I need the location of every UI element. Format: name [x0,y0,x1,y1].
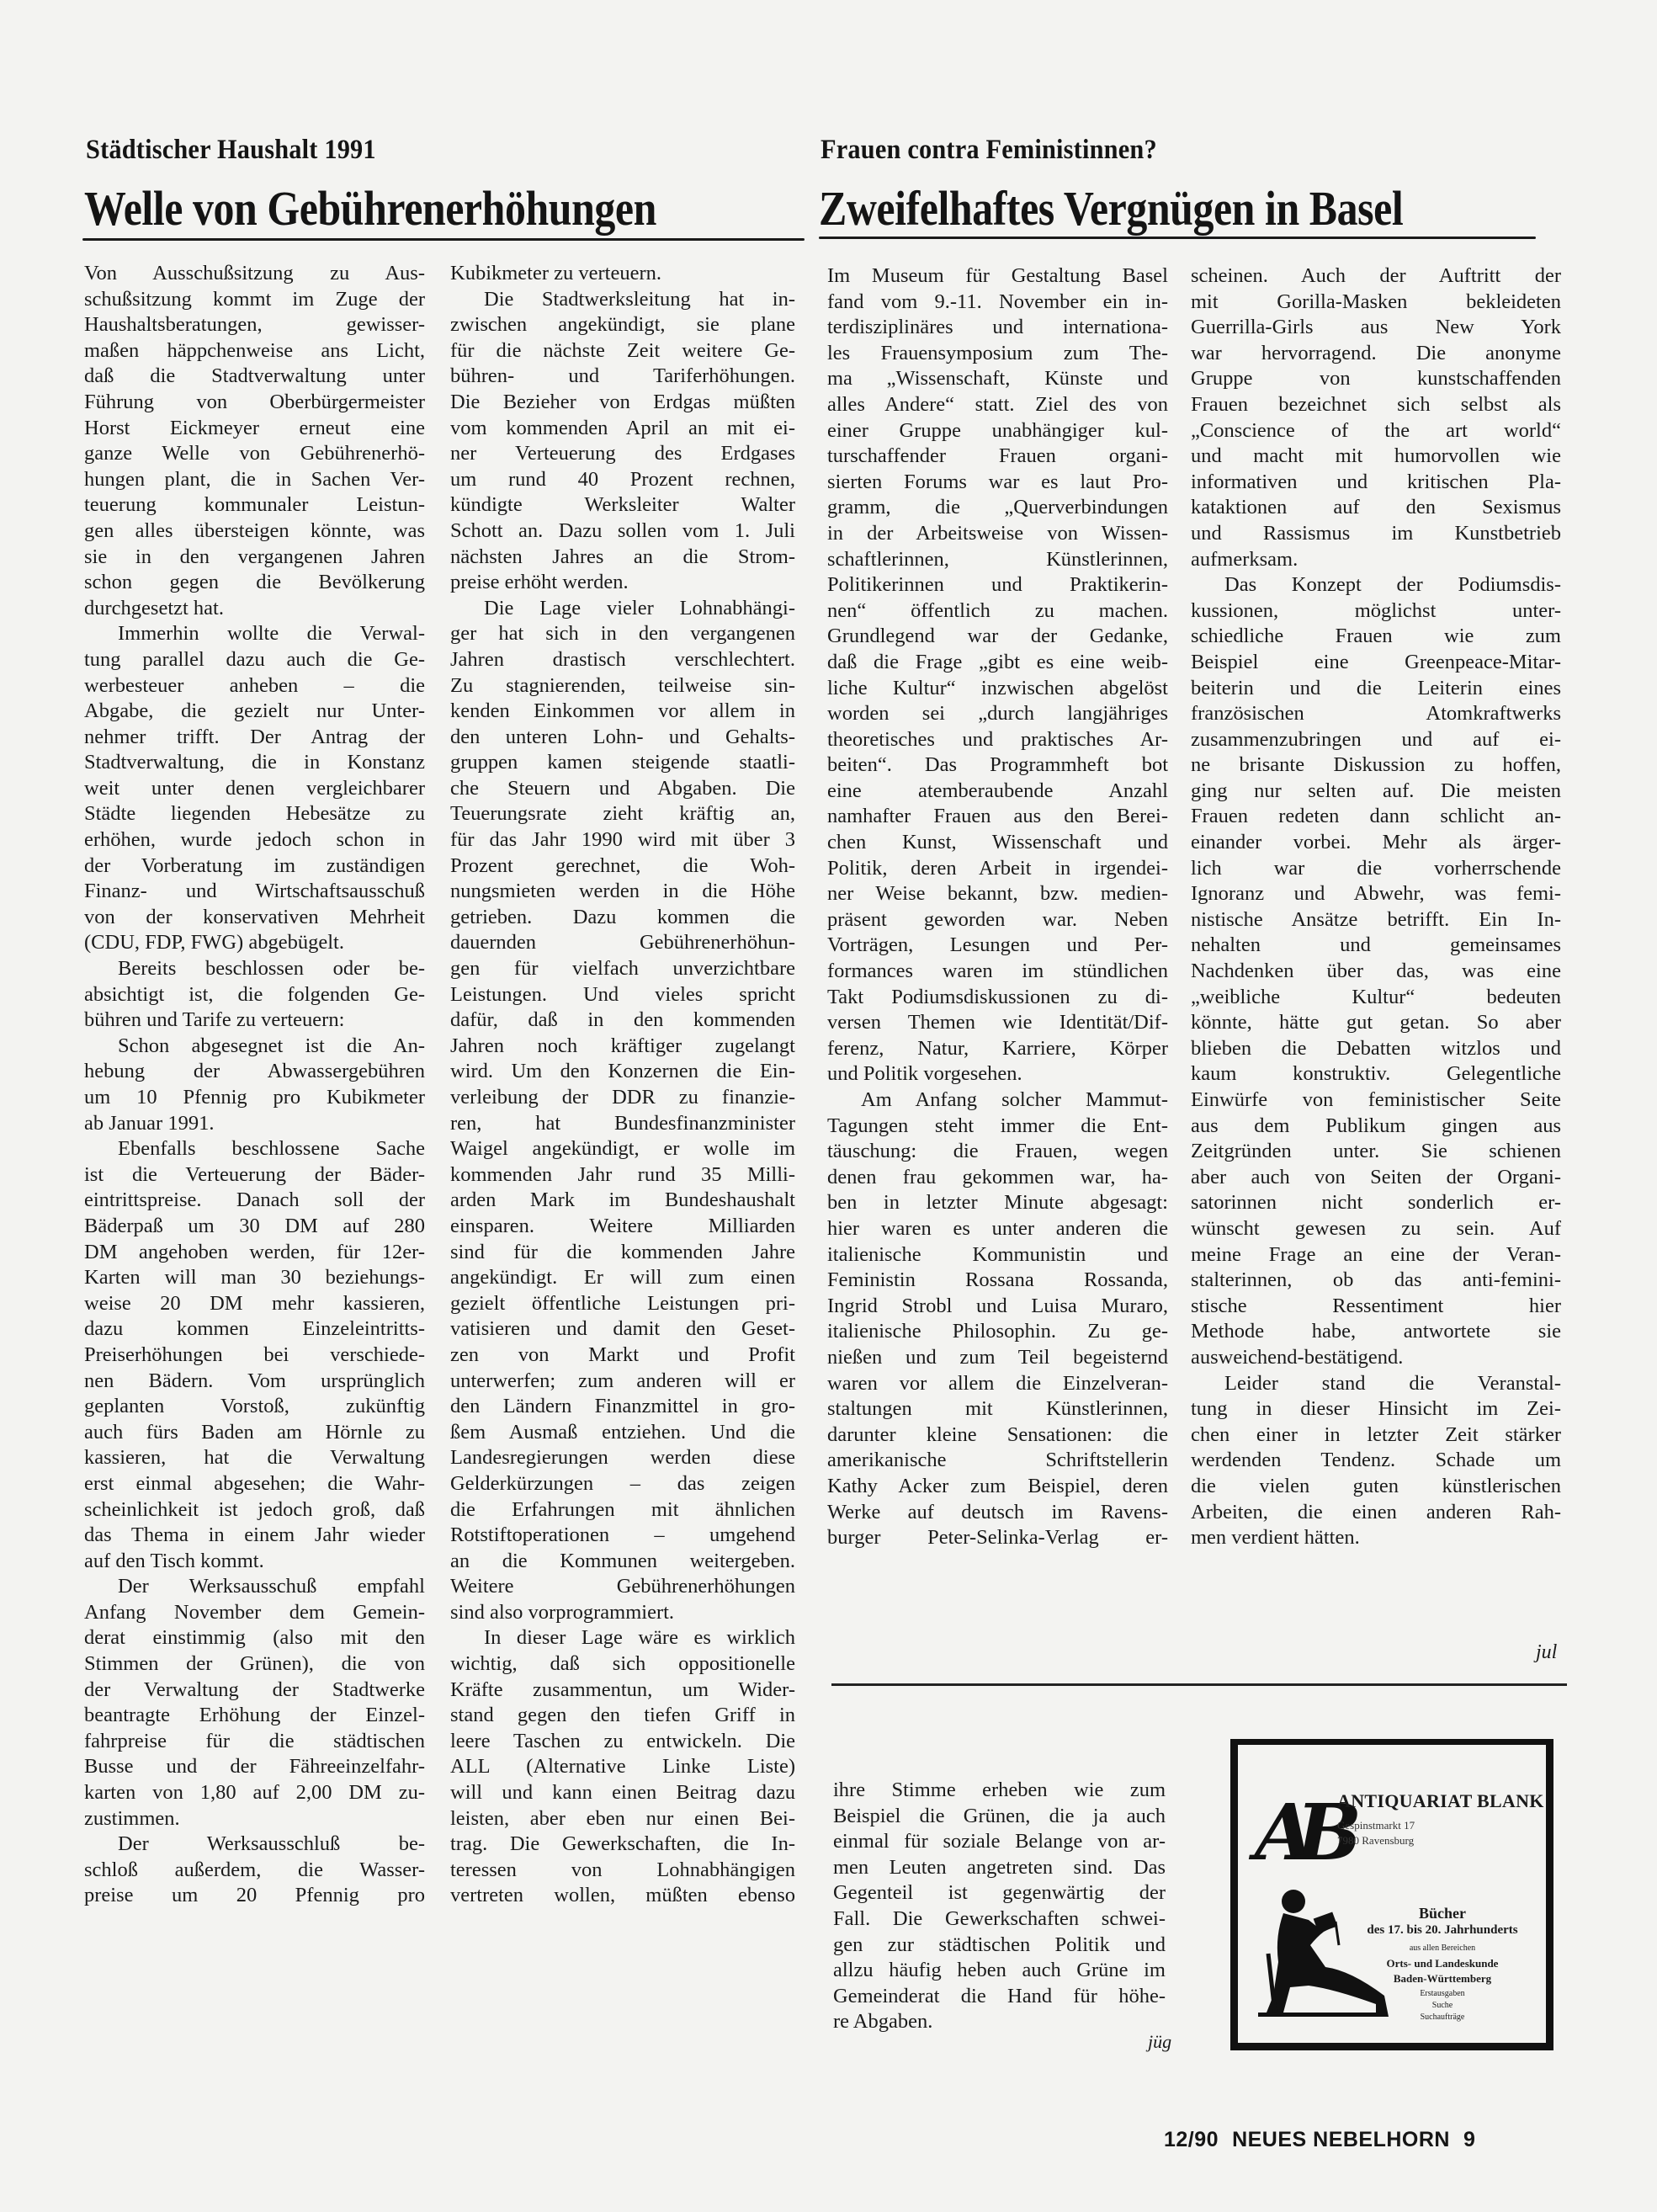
text-line: men Leuten angetreten sind. Das [833,1855,1166,1881]
text-line: bühren und Tarife zu verteuern: [84,1008,425,1034]
text-line: Die Stadtwerksleitung hat in- [450,287,795,313]
text-line: ma „Wissenschaft, Künste und [827,366,1168,392]
text-line: staltungen mit Künstlerinnen, [827,1396,1168,1422]
text-line: einsparen. Weitere Milliarden [450,1214,795,1240]
text-line: auf den Tisch kommt. [84,1549,425,1575]
text-line: weit unter denen vergleichbarer [84,776,425,802]
text-line: vom kommenden April an mit ei- [450,416,795,442]
text-line: vertreten wollen, müßten ebenso [450,1883,795,1909]
text-line: trag. Die Gewerkschaften, die In- [450,1832,795,1858]
text-line: und macht mit humorvollen wie [1191,444,1561,470]
text-line: „Conscience of the art world“ [1191,418,1561,444]
text-line: schiedliche Frauen wie zum [1191,624,1561,650]
left-article-column-1: Von Ausschußsitzung zu Aus-schußsitzung … [84,261,425,1909]
text-line: eine atemberaubende Anzahl [827,779,1168,805]
text-line: erst einmal abgesehen; die Wahr- [84,1471,425,1497]
ad-line-buecher: Bücher [1337,1905,1548,1922]
text-line: schußsitzung kommt im Zuge der [84,287,425,313]
text-line: könnte, hätte gut getan. So aber [1191,1010,1561,1036]
text-line: sind also vorprogrammiert. [450,1600,795,1626]
text-line: beiten“. Das Programmheft bot [827,752,1168,779]
text-line: les Frauensymposium zum The- [827,341,1168,367]
right-article-headline: Zweifelhaftes Vergnügen in Basel [819,180,1403,237]
text-line: ihre Stimme erheben wie zum [833,1778,1166,1804]
section-divider [831,1683,1567,1686]
text-line: gen zur städtischen Politik und [833,1933,1166,1959]
text-line: Landesregierungen werden diese [450,1445,795,1471]
text-line: Die Lage vieler Lohnabhängi- [450,596,795,622]
text-line: kataktionen auf den Sexismus [1191,495,1561,521]
text-line: eintrittspreise. Danach soll der [84,1188,425,1214]
text-line: will und kann einen Beitrag dazu [450,1780,795,1806]
text-line: beiterin und die Leiterin eines [1191,676,1561,702]
text-line: daß die Stadtverwaltung unter [84,364,425,390]
text-line: aus dem Publikum gingen aus [1191,1114,1561,1140]
left-article-signature: jüg [1148,2031,1171,2053]
text-line: lich war die vorherrschende [1191,856,1561,882]
text-line: wünscht gewesen zu sein. Auf [1191,1216,1561,1242]
text-line: nehmer trifft. Der Antrag der [84,725,425,751]
right-article-kicker: Frauen contra Feministinnen? [821,135,1157,166]
left-article-headline: Welle von Gebührenerhöhungen [84,180,656,237]
text-line: Karten will man 30 beziehungs- [84,1265,425,1291]
right-article-column-1: Im Museum für Gestaltung Baselfand vom 9… [827,263,1168,1551]
text-line: an die Kommunen weitergeben. [450,1549,795,1575]
text-line: waren vor allem die Einzelveran- [827,1371,1168,1397]
text-line: Gegenteil ist gegenwärtig der [833,1880,1166,1906]
text-line: stalterinnen, ob das anti-femini- [1191,1268,1561,1294]
text-line: Zu stagnierenden, teilweise sin- [450,673,795,699]
text-line: unterwerfen; zum anderen will er [450,1369,795,1395]
text-line: Zeitgründen unter. Sie schienen [1191,1139,1561,1165]
text-line: und Rassismus im Kunstbetrieb [1191,521,1561,547]
text-line: Kubikmeter zu verteuern. [450,261,795,287]
text-line: Bäderpaß um 30 DM auf 280 [84,1214,425,1240]
text-line: theoretisches und praktisches Ar- [827,727,1168,753]
text-line: geplanten Vorstoß, zukünftig [84,1394,425,1420]
text-line: auch fürs Baden am Hörnle zu [84,1420,425,1446]
footer-page-number: 9 [1463,2128,1475,2151]
text-line: Anfang November dem Gemein- [84,1600,425,1626]
ad-line-landeskunde: Orts- und Landeskunde [1337,1957,1548,1970]
text-line: den unteren Lohn- und Gehalts- [450,725,795,751]
text-line: angekündigt. Er will zum einen [450,1265,795,1291]
text-line: Methode habe, antwortete sie [1191,1319,1561,1345]
text-line: hier waren es unter anderen die [827,1216,1168,1242]
text-line: chen einer in letzter Zeit stärker [1191,1422,1561,1449]
text-line: Guerrilla-Girls aus New York [1191,315,1561,341]
text-line: Waigel angekündigt, er wolle im [450,1136,795,1162]
text-line: Immerhin wollte die Verwal- [84,621,425,647]
text-line: scheinen. Auch der Auftritt der [1191,263,1561,290]
text-line: Fall. Die Gewerkschaften schwei- [833,1906,1166,1933]
ad-line-erstausgaben: Erstausgaben [1337,1989,1548,1998]
text-line: Stimmen der Grünen), die von [84,1651,425,1678]
text-line: Grundlegend war der Gedanke, [827,624,1168,650]
text-line: dauernden Gebührenerhöhun- [450,930,795,956]
text-line: ferenz, Natur, Karriere, Körper [827,1036,1168,1062]
text-line: zwischen angekündigt, sie plane [450,312,795,338]
text-line: Feministin Rossana Rossanda, [827,1268,1168,1294]
footer-publication: NEUES NEBELHORN [1232,2128,1450,2151]
text-line: zusammenzubringen und auf ei- [1191,727,1561,753]
text-line: nungsmieten werden in die Höhe [450,879,795,905]
text-line: Am Anfang solcher Mammut- [827,1087,1168,1114]
text-line: preise um 20 Pfennig pro [84,1883,425,1909]
text-line: die vielen guten künstlerischen [1191,1474,1561,1500]
text-line: Vorträgen, Lesungen und Per- [827,933,1168,959]
text-line: darunter kleine Sensationen: die [827,1422,1168,1449]
text-line: ßem Ausmaß entziehen. Und die [450,1420,795,1446]
text-line: satorinnen nicht sonderlich er- [1191,1190,1561,1216]
text-line: teressen von Lohnabhängigen [450,1858,795,1884]
text-line: um rund 40 Prozent rechnen, [450,467,795,493]
text-line: kaum konstruktiv. Gelegentliche [1191,1061,1561,1087]
text-line: wird. Um den Konzernen die Ein- [450,1059,795,1085]
page-footer: 12/90NEUES NEBELHORN9 [1164,2128,1475,2152]
text-line: Leistungen. Und vieles spricht [450,982,795,1008]
text-line: maßen häppchenweise ans Licht, [84,338,425,364]
text-line: kommenden Jahr rund 35 Milli- [450,1162,795,1188]
text-line: beantragte Erhöhung der Einzel- [84,1703,425,1729]
text-line: hungen plant, die in Sachen Ver- [84,467,425,493]
text-line: DM angehoben werden, für 12er- [84,1240,425,1266]
text-line: versen Themen wie Identität/Dif- [827,1010,1168,1036]
text-line: Tagungen steht immer die Ent- [827,1114,1168,1140]
text-line: sierten Forums war es laut Pro- [827,470,1168,496]
text-line: nen Bädern. Vom ursprünglich [84,1369,425,1395]
ad-line-bereiche: aus allen Bereichen [1337,1943,1548,1953]
text-line: von der konservativen Mehrheit [84,905,425,931]
text-line: Gemeinderat die Hand für höhe- [833,1984,1166,2010]
left-headline-rule [82,238,805,241]
text-line: Prozent gerechnet, die Woh- [450,853,795,880]
text-line: scheinlichkeit ist jedoch groß, daß [84,1497,425,1523]
text-line: französischen Atomkraftwerks [1191,701,1561,727]
footer-issue: 12/90 [1164,2128,1219,2151]
text-line: preise erhöht werden. [450,570,795,596]
text-line: werdenden Tendenz. Schade um [1191,1448,1561,1474]
text-line: stand gegen den tiefen Griff in [450,1703,795,1729]
text-line: Abgabe, die gezielt nur Unter- [84,699,425,725]
text-line: kenden Einkommen vor allem in [450,699,795,725]
text-line: Frauen bezeichnet sich selbst als [1191,392,1561,418]
text-line: getrieben. Dazu kommen die [450,905,795,931]
text-line: Nachdenken über das, was eine [1191,959,1561,985]
text-line: italienische Philosophin. Zu ge- [827,1319,1168,1345]
text-line: gen alles übersteigen könnte, was [84,518,425,545]
ad-monogram-logo: AB [1255,1787,1343,1878]
text-line: schloß außerdem, die Wasser- [84,1858,425,1884]
text-line: Schott an. Dazu sollen vom 1. Juli [450,518,795,545]
text-line: ist die Verteuerung der Bäder- [84,1162,425,1188]
text-line: sie in den vergangenen Jahren [84,545,425,571]
text-line: tung in dieser Hinsicht im Zei- [1191,1396,1561,1422]
text-line: Kathy Acker zum Beispiel, deren [827,1474,1168,1500]
text-line: karten von 1,80 auf 2,00 DM zu- [84,1780,425,1806]
text-line: werbesteuer anheben – die [84,673,425,699]
text-line: fahrpreise für die städtischen [84,1729,425,1755]
left-article-column-3: ihre Stimme erheben wie zumBeispiel die … [833,1778,1166,2035]
right-article-column-2: scheinen. Auch der Auftritt dermit Goril… [1191,263,1561,1551]
text-line: war hervorragend. Die anonyme [1191,341,1561,367]
ad-line-baden-wuerttemberg: Baden-Württemberg [1337,1972,1548,1986]
text-line: dafür, daß in den kommenden [450,1008,795,1034]
text-line: denen frau gekommen war, ha- [827,1165,1168,1191]
text-line: nistische Ansätze betrifft. Ein In- [1191,907,1561,933]
text-line: einander vorbei. Mehr als ärger- [1191,830,1561,856]
text-line: hebung der Abwassergebühren [84,1059,425,1085]
text-line: Ignoranz und Abwehr, was femi- [1191,881,1561,907]
text-line: burger Peter-Selinka-Verlag er- [827,1525,1168,1551]
text-line: gen für vielfach unverzichtbare [450,956,795,982]
text-line: Führung von Oberbürgermeister [84,390,425,416]
text-line: ger hat sich in den vergangenen [450,621,795,647]
text-line: ganze Welle von Gebührenerhö- [84,441,425,467]
text-line: alles Andere“ statt. Ziel des von [827,392,1168,418]
text-line: zustimmen. [84,1806,425,1832]
text-line: nehalten und gemeinsames [1191,933,1561,959]
text-line: dazu kommen Einzeleintritts- [84,1316,425,1343]
text-line: Gelderkürzungen – das zeigen [450,1471,795,1497]
text-line: (CDU, FDP, FWG) abgebügelt. [84,930,425,956]
text-line: die Erfahrungen mit ähnlichen [450,1497,795,1523]
text-line: italienische Kommunistin und [827,1242,1168,1268]
text-line: weise 20 DM mehr kassieren, [84,1291,425,1317]
text-line: Der Werksausschuß empfahl [84,1574,425,1600]
text-line: gramm, die „Querverbindungen [827,495,1168,521]
text-line: aufmerksam. [1191,547,1561,573]
text-line: derat einstimmig (also mit den [84,1625,425,1651]
text-line: Schon abgesegnet ist die An- [84,1034,425,1060]
text-line: mit Gorilla-Masken bekleideten [1191,290,1561,316]
text-line: bühren- und Tariferhöhungen. [450,364,795,390]
text-line: Beispiel eine Greenpeace-Mitar- [1191,650,1561,676]
text-line: daß die Frage „gibt es eine weib- [827,650,1168,676]
text-line: einmal für soziale Belange von ar- [833,1829,1166,1855]
text-line: In dieser Lage wäre es wirklich [450,1625,795,1651]
text-line: Der Werksausschluß be- [84,1832,425,1858]
ad-address-city: 7980 Ravensburg [1337,1834,1414,1848]
ad-line-suche: Suche [1337,2001,1548,2010]
text-line: Kräfte zusammentun, um Wider- [450,1678,795,1704]
text-line: aber auch von Seiten der Organi- [1191,1165,1561,1191]
text-line: liche Kultur“ inzwischen abgelöst [827,676,1168,702]
text-line: ben in letzter Minute abgesagt: [827,1190,1168,1216]
text-line: verleibung der DDR zu finanzie- [450,1085,795,1111]
text-line: kassieren, hat die Verwaltung [84,1445,425,1471]
text-line: schon gegen die Bevölkerung [84,570,425,596]
text-line: ab Januar 1991. [84,1111,425,1137]
ad-line-suchauftraege: Suchaufträge [1337,2013,1548,2022]
text-line: Einwürfe von feministischer Seite [1191,1087,1561,1114]
text-line: Städte liegenden Hebesätze zu [84,801,425,827]
text-line: Arbeiten, die einen anderen Rah- [1191,1500,1561,1526]
text-line: re Abgaben. [833,2009,1166,2035]
text-line: leere Taschen zu entwickeln. Die [450,1729,795,1755]
text-line: Ingrid Strobl und Luisa Muraro, [827,1294,1168,1320]
text-line: ging nur selten auf. Die meisten [1191,779,1561,805]
text-line: für die nächste Zeit weitere Ge- [450,338,795,364]
text-line: der Verwaltung der Stadtwerke [84,1678,425,1704]
text-line: turschaffender Frauen organi- [827,444,1168,470]
text-line: sind für die kommenden Jahre [450,1240,795,1266]
text-line: um 10 Pfennig pro Kubikmeter [84,1085,425,1111]
text-line: Bereits beschlossen oder be- [84,956,425,982]
text-line: und Politik vorgesehen. [827,1061,1168,1087]
text-line: ren, hat Bundesfinanzminister [450,1111,795,1137]
text-line: absichtigt ist, die folgenden Ge- [84,982,425,1008]
ad-shop-name: ANTIQUARIAT BLANK [1337,1790,1544,1812]
text-line: nächsten Jahres an die Strom- [450,545,795,571]
text-line: Weitere Gebührenerhöhungen [450,1574,795,1600]
text-line: Haushaltsberatungen, gewisser- [84,312,425,338]
ad-line-jahrhunderts: des 17. bis 20. Jahrhunderts [1337,1923,1548,1938]
text-line: erhöhen, wurde jedoch schon in [84,827,425,853]
text-line: teuerung kommunaler Leistun- [84,492,425,518]
text-line: nießen und zum Teil begeisternd [827,1345,1168,1371]
text-line: arden Mark im Bundeshaushalt [450,1188,795,1214]
text-line: ALL (Alternative Linke Liste) [450,1754,795,1780]
right-article-signature: jul [1536,1641,1557,1664]
text-line: Im Museum für Gestaltung Basel [827,263,1168,290]
text-line: ausweichend-bestätigend. [1191,1345,1561,1371]
text-line: Leider stand die Veranstal- [1191,1371,1561,1397]
text-line: für das Jahr 1990 wird mit über 3 [450,827,795,853]
text-line: kussionen, möglichst unter- [1191,598,1561,625]
text-line: vatisieren und damit den Geset- [450,1316,795,1343]
text-line: wichtig, daß sich oppositionelle [450,1651,795,1678]
text-line: terdisziplinäres und internationa- [827,315,1168,341]
text-line: blieben die Debatten witzlos und [1191,1036,1561,1062]
text-line: meine Frage an eine der Veran- [1191,1242,1561,1268]
text-line: Takt Podiumsdiskussionen zu di- [827,985,1168,1011]
text-line: informativen und kritischen Pla- [1191,470,1561,496]
text-line: durchgesetzt hat. [84,596,425,622]
text-line: Rotstiftoperationen – umgehend [450,1523,795,1549]
text-line: den Ländern Finanzmittel in gro- [450,1394,795,1420]
text-line: einer Gruppe unabhängiger kul- [827,418,1168,444]
left-article-kicker: Städtischer Haushalt 1991 [86,135,376,166]
text-line: ner Weise bekannt, bzw. medien- [827,881,1168,907]
text-line: chen Kunst, Wissenschaft und [827,830,1168,856]
text-line: der Vorberatung im zuständigen [84,853,425,880]
text-line: Busse und der Fähreeinzelfahr- [84,1754,425,1780]
text-line: Die Bezieher von Erdgas müßten [450,390,795,416]
text-line: das Thema in einem Jahr wieder [84,1523,425,1549]
text-line: gruppen kamen steigende staatli- [450,750,795,776]
text-line: Politik, deren Arbeit in irgendei- [827,856,1168,882]
text-line: che Steuern und Abgaben. Die [450,776,795,802]
text-line: Preiserhöhungen bei verschiede- [84,1343,425,1369]
text-line: Finanz- und Wirtschaftsausschuß [84,879,425,905]
text-line: Horst Eickmeyer erneut eine [84,416,425,442]
text-line: leisten, aber eben nur einen Bei- [450,1806,795,1832]
text-line: präsent geworden war. Neben [827,907,1168,933]
text-line: Politikerinnen und Praktikerin- [827,572,1168,598]
text-line: ne brisante Diskussion zu hoffen, [1191,752,1561,779]
text-line: Ebenfalls beschlossene Sache [84,1136,425,1162]
text-line: fand vom 9.-11. November ein in- [827,290,1168,316]
text-line: allzu häufig heben auch Grüne im [833,1958,1166,1984]
text-line: ner Verteuerung des Erdgases [450,441,795,467]
text-line: tung parallel dazu auch die Ge- [84,647,425,673]
text-line: amerikanische Schriftstellerin [827,1448,1168,1474]
text-line: „weibliche Kultur“ bedeuten [1191,985,1561,1011]
text-line: Jahren drastisch verschlechtert. [450,647,795,673]
text-line: namhafter Frauen aus den Berei- [827,804,1168,830]
text-line: kündigte Werksleiter Walter [450,492,795,518]
left-article-column-2: Kubikmeter zu verteuern.Die Stadtwerksle… [450,261,795,1909]
ad-address-street: Gespinstmarkt 17 [1337,1819,1415,1832]
text-line: men verdient hätten. [1191,1525,1561,1551]
text-line: Jahren noch kräftiger zugelangt [450,1034,795,1060]
text-line: Von Ausschußsitzung zu Aus- [84,261,425,287]
text-line: schaftlerinnen, Künstlerinnen, [827,547,1168,573]
text-line: Das Konzept der Podiumsdis- [1191,572,1561,598]
text-line: worden sei „durch langjähriges [827,701,1168,727]
text-line: gezielt öffentliche Leistungen pri- [450,1291,795,1317]
right-headline-rule [819,237,1536,239]
text-line: stische Ressentiment hier [1191,1294,1561,1320]
text-line: Gruppe von kunstschaffenden [1191,366,1561,392]
text-line: zen von Markt und Profit [450,1343,795,1369]
text-line: nen“ öffentlich zu machen. [827,598,1168,625]
text-line: Werke auf deutsch im Ravens- [827,1500,1168,1526]
antiquariat-advertisement[interactable]: AB ANTIQUARIAT BLANK Gespinstmarkt 17 79… [1230,1739,1553,2050]
text-line: Teuerungsrate zieht kräftig an, [450,801,795,827]
text-line: Beispiel die Grünen, die ja auch [833,1804,1166,1830]
text-line: Stadtverwaltung, die in Konstanz [84,750,425,776]
text-line: Frauen redeten dann schlicht an- [1191,804,1561,830]
text-line: täuschung: die Frauen, wegen [827,1139,1168,1165]
text-line: in der Arbeitsweise von Wissen- [827,521,1168,547]
text-line: formances waren im stündlichen [827,959,1168,985]
